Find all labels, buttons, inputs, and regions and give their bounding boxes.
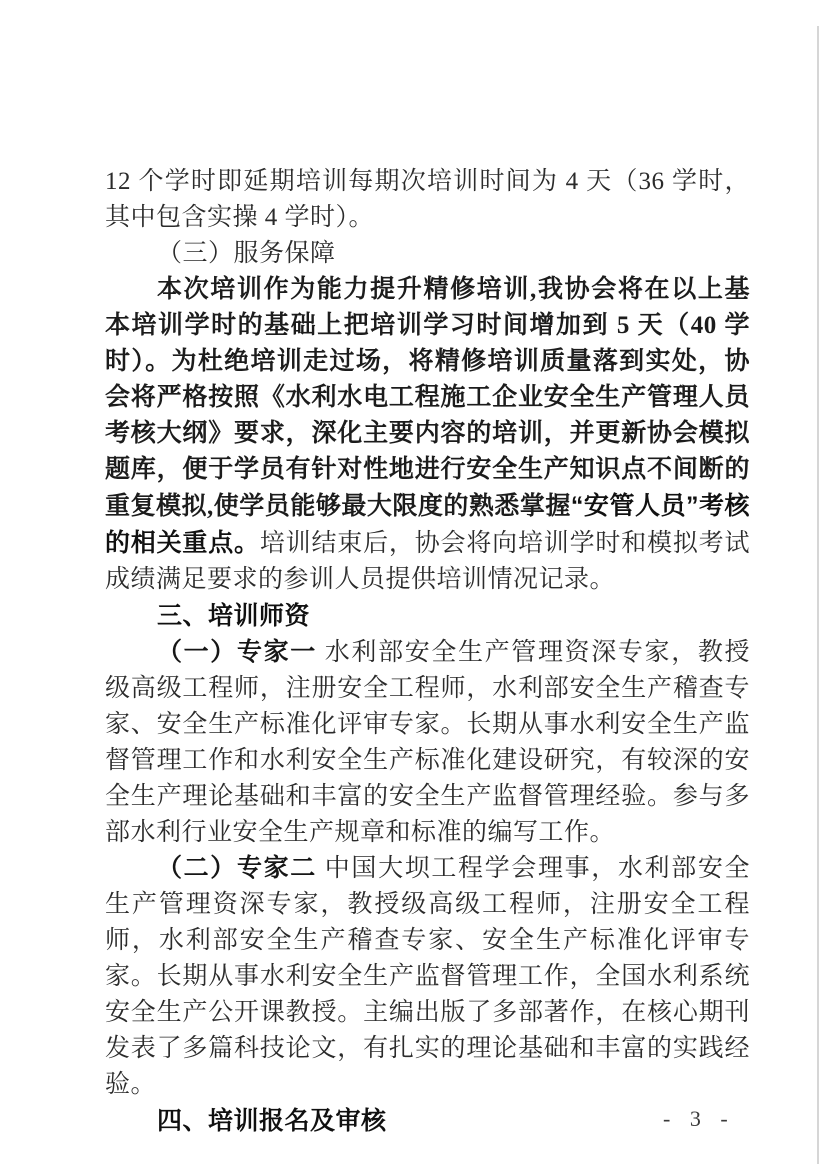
text-segment: （一）专家一 — [157, 639, 317, 666]
text-segment: 水利部安全生产管理资深专家，教授级高级工程师，注册安全工程师，水利部安全生产稽查… — [105, 639, 750, 846]
section-heading: 四、培训报名及审核 — [105, 1103, 750, 1140]
text-segment: 中国大坝工程学会理事，水利部安全生产管理资深专家，教授级高级工程师，注册安全工程… — [105, 855, 750, 1098]
page-number: - 3 - — [663, 1106, 735, 1132]
document-text-block: 12 个学时即延期培训每期次培训时间为 4 天（36 学时，其中包含实操 4 学… — [105, 164, 750, 1140]
text-segment: 本次培训作为能力提升精修培训,我协会将在以上基本培训学时的基础上把培训学习时间增… — [105, 276, 750, 520]
page-edge-scan-line — [817, 26, 819, 1164]
text-segment: （三）服务保障 — [157, 240, 336, 267]
paragraph: （一）专家一 水利部安全生产管理资深专家，教授级高级工程师，注册安全工程师，水利… — [105, 635, 750, 851]
text-segment: （二）专家二 — [157, 855, 317, 882]
paragraph: 本次培训作为能力提升精修培训,我协会将在以上基本培训学时的基础上把培训学习时间增… — [105, 272, 750, 598]
section-heading: 三、培训师资 — [105, 598, 750, 635]
scanned-document-page: 12 个学时即延期培训每期次培训时间为 4 天（36 学时，其中包含实操 4 学… — [0, 0, 823, 1164]
text-segment: 三、培训师资 — [157, 602, 310, 630]
text-segment: 12 个学时即延期培训每期次培训时间为 4 天（36 学时，其中包含实操 4 学… — [105, 168, 750, 231]
paragraph: （三）服务保障 — [105, 236, 750, 272]
paragraph: （二）专家二 中国大坝工程学会理事，水利部安全生产管理资深专家，教授级高级工程师… — [105, 851, 750, 1103]
text-segment: 四、培训报名及审核 — [157, 1107, 387, 1135]
paragraph: 12 个学时即延期培训每期次培训时间为 4 天（36 学时，其中包含实操 4 学… — [105, 164, 750, 236]
